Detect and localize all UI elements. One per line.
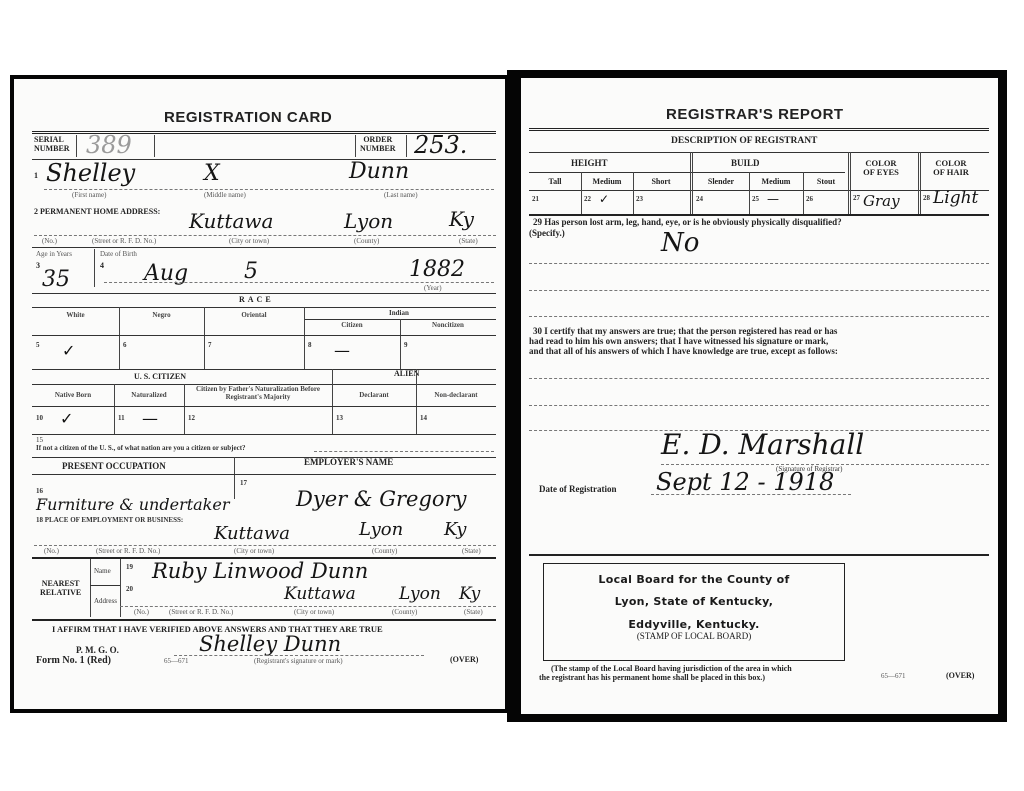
divider xyxy=(76,135,77,157)
first-name: Shelley xyxy=(46,159,135,187)
field-number: 6 xyxy=(123,341,127,349)
dotted-line xyxy=(34,235,496,236)
state-label: (State) xyxy=(459,237,478,245)
divider xyxy=(32,457,496,458)
report-title: REGISTRAR'S REPORT xyxy=(666,106,844,123)
year-label: (Year) xyxy=(424,284,442,292)
divider xyxy=(633,172,634,214)
citizenship-column-label: Non-declarant xyxy=(416,391,496,399)
q30-text-2: had read to him his own answers; that I … xyxy=(529,336,828,346)
employment-place-label: 18 PLACE OF EMPLOYMENT OR BUSINESS: xyxy=(36,516,183,524)
check-mark: — xyxy=(767,192,779,206)
dotted-line xyxy=(529,316,989,317)
local-board-stamp: Local Board for the County of Lyon, Stat… xyxy=(543,563,845,661)
divider xyxy=(32,247,496,248)
employment-county: Lyon xyxy=(359,519,403,540)
field-number: 5 xyxy=(36,341,40,349)
dotted-line xyxy=(529,405,989,406)
registrant-signature: Shelley Dunn xyxy=(199,632,341,656)
order-label: ORDER NUMBER xyxy=(360,135,396,153)
dotted-line xyxy=(34,545,496,546)
form-line-2: Form No. 1 (Red) xyxy=(36,655,111,666)
registrars-report-card: REGISTRAR'S REPORT DESCRIPTION OF REGIST… xyxy=(507,70,1007,722)
serial-number: 389 xyxy=(86,131,132,159)
registration-date: Sept 12 - 1918 xyxy=(656,468,834,496)
citizenship-column-label: Declarant xyxy=(332,391,416,399)
field-number: 4 xyxy=(100,261,104,270)
divider xyxy=(32,307,496,308)
divider xyxy=(32,406,496,407)
eyes-heading-2: OF EYES xyxy=(851,167,911,177)
field-number: 15 xyxy=(36,436,43,444)
stamp-caption: (STAMP OF LOCAL BOARD) xyxy=(544,631,844,641)
address-label: Address xyxy=(94,597,117,605)
field-number: 11 xyxy=(118,414,125,422)
divider xyxy=(400,319,401,369)
dotted-line xyxy=(529,263,989,264)
divider xyxy=(749,172,750,214)
occupation-value: Furniture & undertaker xyxy=(36,495,230,514)
field-number: 24 xyxy=(696,195,703,203)
citizenship-column-label: Naturalized xyxy=(114,391,184,399)
relative-county: Lyon xyxy=(399,584,441,604)
build-column-label: Stout xyxy=(803,177,849,186)
citizenship-column-label: Citizen by Father's Naturalization Befor… xyxy=(184,385,332,401)
race-column-label: Noncitizen xyxy=(400,321,496,329)
occupation-heading: PRESENT OCCUPATION xyxy=(62,461,166,471)
order-label-line2: NUMBER xyxy=(360,144,396,153)
field-number: 13 xyxy=(336,414,343,422)
divider xyxy=(114,384,115,434)
dotted-line xyxy=(651,494,851,495)
q29-specify: (Specify.) xyxy=(529,228,565,238)
divider xyxy=(32,619,496,621)
home-city: Kuttawa xyxy=(189,209,273,233)
field-number: 17 xyxy=(240,479,247,487)
us-citizen-heading: U. S. CITIZEN xyxy=(134,372,186,381)
divider xyxy=(32,474,496,475)
order-label-line1: ORDER xyxy=(363,135,392,144)
street-label: (Street or R. F. D. No.) xyxy=(96,547,160,555)
field-number: 19 xyxy=(126,563,133,571)
relative-state: Ky xyxy=(459,584,480,604)
registrar-signature: E. D. Marshall xyxy=(661,428,864,461)
field-number: 28 xyxy=(923,194,930,202)
county-label: (County) xyxy=(354,237,379,245)
serial-label-line1: SERIAL xyxy=(34,135,64,144)
hair-color: Light xyxy=(933,188,978,208)
dotted-line xyxy=(529,378,989,379)
employment-city: Kuttawa xyxy=(214,523,290,544)
divider xyxy=(90,585,120,586)
field-number: 9 xyxy=(404,341,408,349)
q29-answer: No xyxy=(661,228,699,258)
field-number: 21 xyxy=(532,195,539,203)
card-title: REGISTRATION CARD xyxy=(164,109,332,126)
height-column-label: Short xyxy=(633,177,689,186)
divider xyxy=(32,335,496,336)
age-value: 35 xyxy=(42,267,70,292)
divider xyxy=(848,152,851,214)
field-number: 27 xyxy=(853,194,860,202)
divider xyxy=(32,293,496,294)
date-label: Date of Registration xyxy=(539,484,616,494)
relative-city: Kuttawa xyxy=(284,584,356,604)
dotted-line xyxy=(174,655,424,656)
field-number: 10 xyxy=(36,414,43,422)
field-number: 12 xyxy=(188,414,195,422)
stamp-note-2: the registrant has his permanent home sh… xyxy=(539,673,765,682)
stamp-note-1: (The stamp of the Local Board having jur… xyxy=(551,664,792,673)
middle-name: X xyxy=(204,161,220,186)
divider xyxy=(529,554,989,556)
state-label: (State) xyxy=(462,547,481,555)
street-label: (Street or R. F. D. No.) xyxy=(92,237,156,245)
dotted-line xyxy=(314,451,494,452)
stamp-line-3: Eddyville, Kentucky. xyxy=(544,618,844,631)
divider xyxy=(304,307,305,369)
dotted-line xyxy=(529,290,989,291)
registration-card: REGISTRATION CARD SERIAL NUMBER 389 ORDE… xyxy=(10,75,507,713)
divider xyxy=(119,307,120,369)
field-number: 7 xyxy=(208,341,212,349)
home-county: Lyon xyxy=(344,209,393,233)
field-number: 14 xyxy=(420,414,427,422)
build-column-label: Medium xyxy=(749,177,803,186)
field-number: 26 xyxy=(806,195,813,203)
check-mark: ✓ xyxy=(60,409,73,428)
signature-label: (Registrant's signature or mark) xyxy=(254,657,343,665)
field-number: 20 xyxy=(126,585,133,593)
state-label: (State) xyxy=(464,608,483,616)
age-label: Age in Years xyxy=(36,250,72,258)
citizenship-column-label: Native Born xyxy=(32,391,114,399)
form-code: 65—671 xyxy=(164,657,189,665)
divider xyxy=(690,152,693,214)
form-line-1: P. M. G. O. xyxy=(76,645,119,655)
indian-heading: Indian xyxy=(389,309,409,317)
check-mark: ✓ xyxy=(599,192,609,206)
home-state: Ky xyxy=(449,207,474,231)
birth-day: 5 xyxy=(244,259,258,284)
field-number: 3 xyxy=(36,261,40,270)
divider xyxy=(154,135,155,157)
check-mark: — xyxy=(334,341,350,360)
nation-question: If not a citizen of the U. S., of what n… xyxy=(36,444,246,452)
divider xyxy=(529,128,989,131)
nearest-relative-label: NEAREST RELATIVE xyxy=(40,579,81,597)
divider xyxy=(90,559,91,617)
height-column-label: Medium xyxy=(581,177,633,186)
city-label: (City or town) xyxy=(234,547,274,555)
birth-year: 1882 xyxy=(409,257,465,282)
divider xyxy=(234,457,235,499)
over-label: (OVER) xyxy=(450,655,478,664)
home-address-label: 2 PERMANENT HOME ADDRESS: xyxy=(34,207,160,216)
divider xyxy=(406,135,407,157)
field-number: 1 xyxy=(34,171,38,180)
order-number: 253. xyxy=(414,131,467,159)
divider xyxy=(529,214,989,216)
city-label: (City or town) xyxy=(229,237,269,245)
divider xyxy=(332,369,333,434)
eye-color: Gray xyxy=(863,192,900,210)
county-label: (County) xyxy=(372,547,397,555)
divider xyxy=(803,172,804,214)
last-name-label: (Last name) xyxy=(384,191,418,199)
hair-heading-2: OF HAIR xyxy=(921,167,981,177)
race-column-label: Citizen xyxy=(304,321,400,329)
field-number: 8 xyxy=(308,341,312,349)
over-label: (OVER) xyxy=(946,671,974,680)
nearest-label-line2: RELATIVE xyxy=(40,588,81,597)
dotted-line xyxy=(104,282,494,283)
no-label: (No.) xyxy=(42,237,57,245)
height-heading: HEIGHT xyxy=(571,158,608,168)
divider xyxy=(120,559,121,617)
serial-label: SERIAL NUMBER xyxy=(34,135,70,153)
q29-text: 29 Has person lost arm, leg, hand, eye, … xyxy=(533,217,842,227)
race-heading: RACE xyxy=(239,295,274,304)
field-number: 22 xyxy=(584,195,591,203)
middle-name-label: (Middle name) xyxy=(204,191,246,199)
race-column-label: Negro xyxy=(119,311,204,319)
serial-label-line2: NUMBER xyxy=(34,144,70,153)
dotted-line xyxy=(44,189,494,190)
stamp-line-1: Local Board for the County of xyxy=(544,573,844,586)
divider xyxy=(918,152,921,214)
build-column-label: Slender xyxy=(693,177,749,186)
street-label: (Street or R. F. D. No.) xyxy=(169,608,233,616)
name-label: Name xyxy=(94,567,111,575)
divider xyxy=(204,307,205,369)
nearest-label-line1: NEAREST xyxy=(42,579,80,588)
city-label: (City or town) xyxy=(294,608,334,616)
height-column-label: Tall xyxy=(529,177,581,186)
divider xyxy=(355,135,356,157)
divider xyxy=(416,369,417,434)
employer-heading: EMPLOYER'S NAME xyxy=(304,457,393,467)
divider xyxy=(32,369,496,370)
build-heading: BUILD xyxy=(731,158,760,168)
dob-label: Date of Birth xyxy=(100,250,137,258)
stamp-line-2: Lyon, State of Kentucky, xyxy=(544,595,844,608)
dotted-line xyxy=(120,606,496,607)
divider xyxy=(32,434,496,435)
description-heading: DESCRIPTION OF REGISTRANT xyxy=(671,136,817,146)
divider xyxy=(184,384,185,434)
employment-state: Ky xyxy=(444,519,466,540)
county-label: (County) xyxy=(392,608,417,616)
employer-value: Dyer & Gregory xyxy=(296,487,466,511)
relative-name: Ruby Linwood Dunn xyxy=(152,559,368,583)
field-number: 23 xyxy=(636,195,643,203)
race-column-label: White xyxy=(32,311,119,319)
divider xyxy=(529,172,845,173)
last-name: Dunn xyxy=(349,159,409,184)
no-label: (No.) xyxy=(44,547,59,555)
field-number: 25 xyxy=(752,195,759,203)
form-code: 65—671 xyxy=(881,672,906,680)
first-name-label: (First name) xyxy=(72,191,106,199)
race-column-label: Oriental xyxy=(204,311,304,319)
q30-text-3: and that all of his answers of which I h… xyxy=(529,346,838,356)
q30-text-1: 30 I certify that my answers are true; t… xyxy=(533,326,837,336)
divider xyxy=(581,172,582,214)
check-mark: — xyxy=(142,409,158,428)
check-mark: ✓ xyxy=(62,341,75,360)
no-label: (No.) xyxy=(134,608,149,616)
field-number: 16 xyxy=(36,487,43,495)
divider xyxy=(94,249,95,287)
